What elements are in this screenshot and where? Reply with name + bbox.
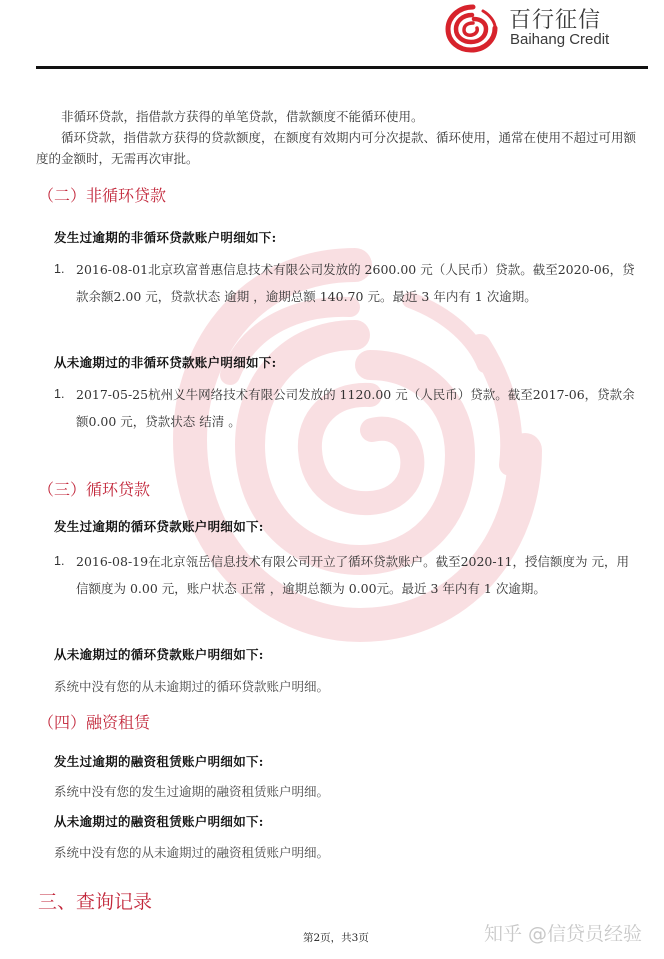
- leasing-overdue-empty-message: 系统中没有您的发生过逾期的融资租赁账户明细。: [54, 782, 329, 800]
- intro-non-revolving-definition: 非循环贷款，指借款方获得的单笔贷款，借款额度不能循环使用。: [36, 106, 640, 127]
- header-divider: [36, 66, 648, 69]
- leasing-never-overdue-heading: 从未逾期过的融资租赁账户明细如下:: [54, 812, 264, 830]
- non-revolving-overdue-heading: 发生过逾期的非循环贷款账户明细如下:: [54, 228, 277, 246]
- zhihu-watermark-text: 知乎 @信贷员经验: [484, 919, 642, 946]
- non-revolving-never-overdue-item: 1. 2017-05-25杭州义牛网络技术有限公司发放的 1120.00 元（人…: [54, 381, 640, 435]
- section-title-revolving: （三）循环贷款: [38, 477, 150, 500]
- section-title-non-revolving: （二）非循环贷款: [38, 183, 166, 206]
- page-indicator: 第2页，共3页: [303, 930, 369, 945]
- leasing-never-overdue-empty-message: 系统中没有您的从未逾期过的融资租赁账户明细。: [54, 843, 329, 861]
- revolving-overdue-item: 1. 2016-08-19在北京瓴岳信息技术有限公司开立了循环贷款账户。截至20…: [54, 548, 640, 602]
- section-title-leasing: （四）融资租赁: [38, 710, 150, 733]
- baihang-logo: 百行征信 Baihang Credit: [443, 2, 633, 52]
- list-item-text: 2016-08-01北京玖富普惠信息技术有限公司发放的 2600.00 元（人民…: [76, 256, 640, 310]
- list-number: 1.: [54, 381, 64, 408]
- logo-english-name: Baihang Credit: [510, 31, 609, 48]
- list-number: 1.: [54, 548, 64, 575]
- list-number: 1.: [54, 256, 64, 283]
- section-title-query-records: 三、查询记录: [38, 887, 152, 914]
- leasing-overdue-heading: 发生过逾期的融资租赁账户明细如下:: [54, 752, 264, 770]
- list-item-text: 2016-08-19在北京瓴岳信息技术有限公司开立了循环贷款账户。截至2020-…: [76, 548, 640, 602]
- logo-chinese-name: 百行征信: [509, 3, 601, 34]
- intro-revolving-definition: 循环贷款，指借款方获得的贷款额度，在额度有效期内可分次提款、循环使用，通常在使用…: [36, 127, 640, 169]
- non-revolving-never-overdue-heading: 从未逾期过的非循环贷款账户明细如下:: [54, 353, 277, 371]
- baihang-spiral-logo-icon: [443, 2, 501, 54]
- revolving-never-overdue-heading: 从未逾期过的循环贷款账户明细如下:: [54, 645, 264, 663]
- revolving-never-overdue-empty-message: 系统中没有您的从未逾期过的循环贷款账户明细。: [54, 677, 329, 695]
- list-item-text: 2017-05-25杭州义牛网络技术有限公司发放的 1120.00 元（人民币）…: [76, 381, 640, 435]
- non-revolving-overdue-item: 1. 2016-08-01北京玖富普惠信息技术有限公司发放的 2600.00 元…: [54, 256, 640, 310]
- revolving-overdue-heading: 发生过逾期的循环贷款账户明细如下:: [54, 517, 264, 535]
